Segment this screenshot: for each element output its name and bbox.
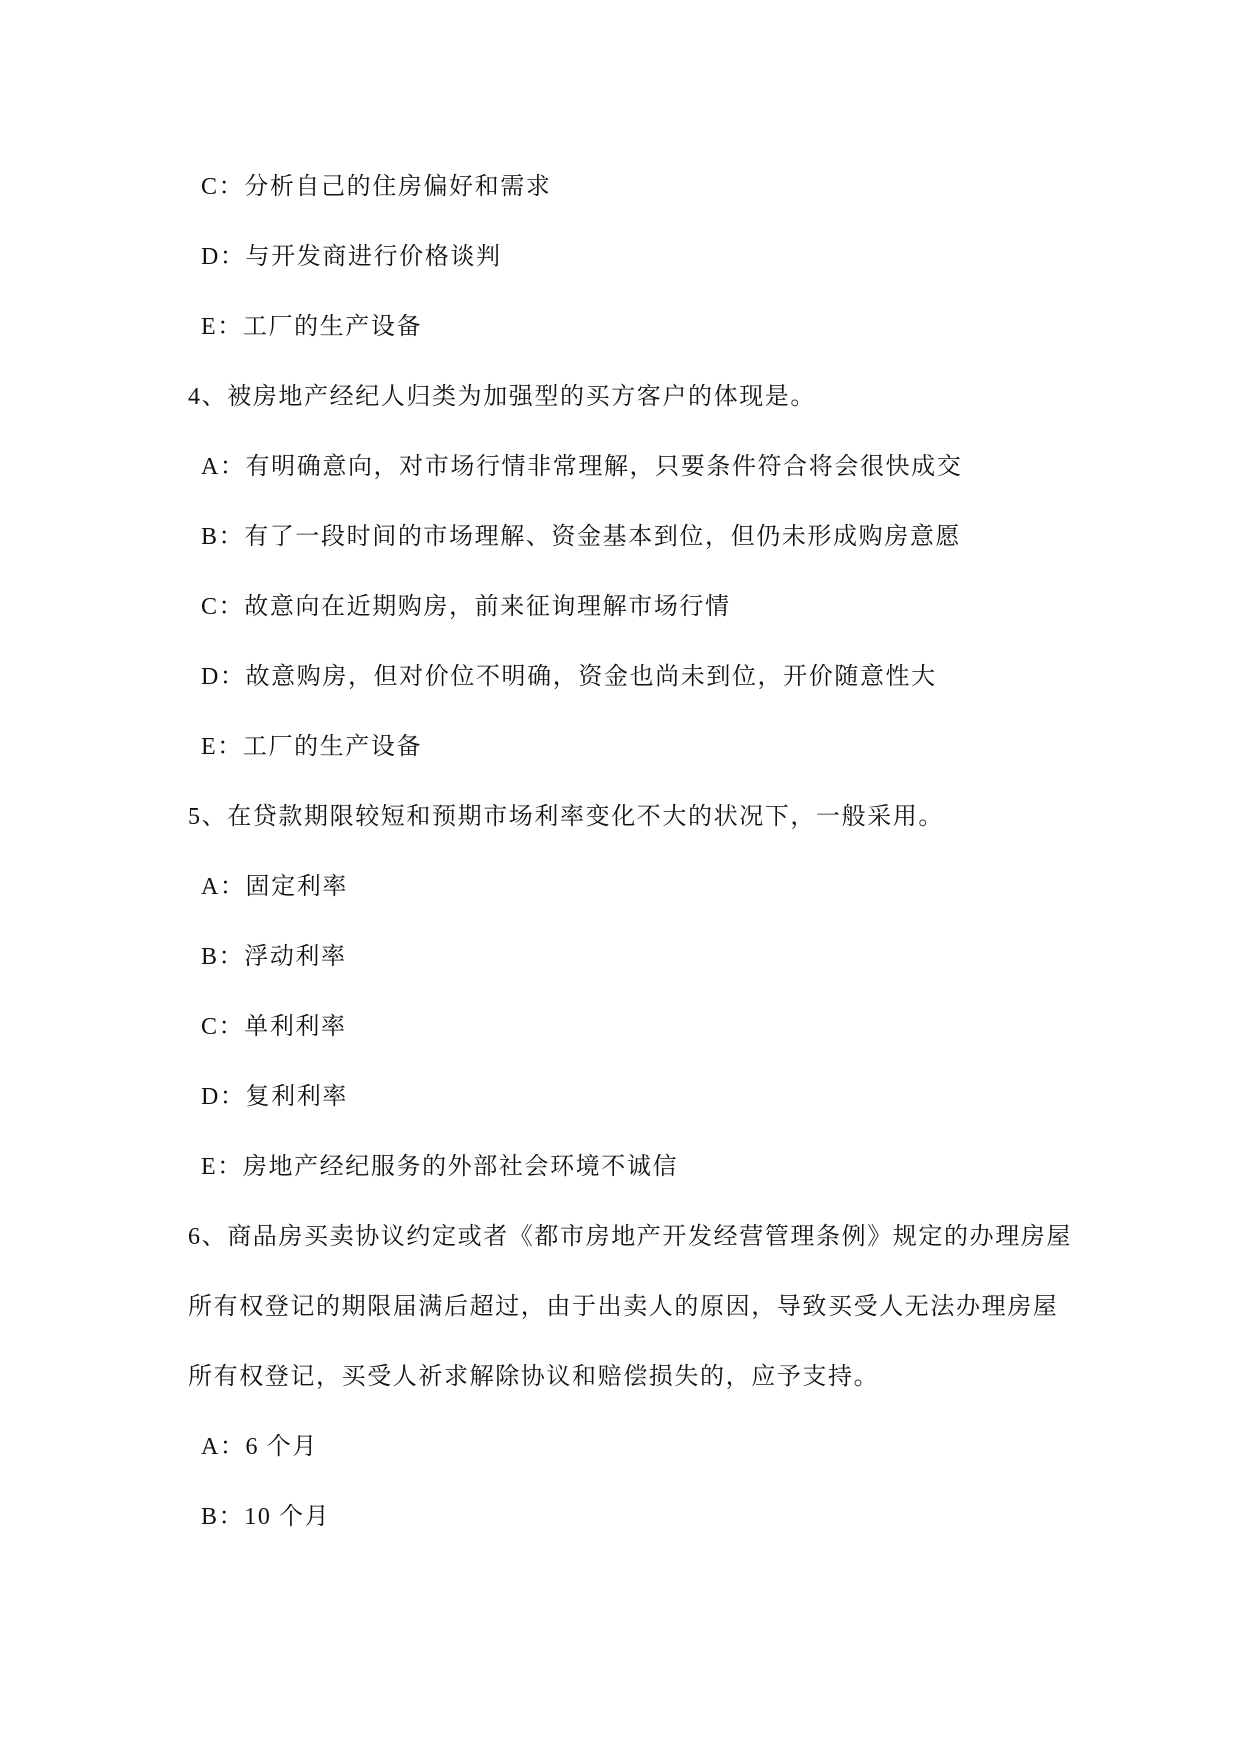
option-text: 工厂的生产设备 <box>243 314 422 340</box>
option-text: 单利利率 <box>244 1014 346 1040</box>
question-number: 4、 <box>188 384 227 410</box>
option-letter: C： <box>201 572 244 642</box>
question-text: 在贷款期限较短和预期市场利率变化不大的状况下，一般采用。 <box>227 804 944 830</box>
option-d: D：复利利率 <box>188 1062 1068 1132</box>
option-letter: E： <box>201 292 243 362</box>
option-a: A：6 个月 <box>188 1412 1068 1482</box>
option-letter: B： <box>201 502 244 572</box>
question-stem: 5、在贷款期限较短和预期市场利率变化不大的状况下，一般采用。 <box>188 782 1068 852</box>
option-text: 故意向在近期购房，前来征询理解市场行情 <box>244 594 730 620</box>
option-text: 固定利率 <box>246 874 348 900</box>
option-text: 6 个月 <box>246 1434 318 1460</box>
document-page: C：分析自己的住房偏好和需求 D：与开发商进行价格谈判 E：工厂的生产设备 4、… <box>0 0 1240 1753</box>
option-a: A：固定利率 <box>188 852 1068 922</box>
option-text: 分析自己的住房偏好和需求 <box>244 174 551 200</box>
option-b: B：有了一段时间的市场理解、资金基本到位，但仍未形成购房意愿 <box>188 502 1068 572</box>
option-text: 10 个月 <box>244 1504 330 1530</box>
option-text: 有了一段时间的市场理解、资金基本到位，但仍未形成购房意愿 <box>244 524 961 550</box>
option-letter: B： <box>201 922 244 992</box>
option-d: D：与开发商进行价格谈判 <box>188 222 1068 292</box>
option-e: E：工厂的生产设备 <box>188 292 1068 362</box>
option-c: C：故意向在近期购房，前来征询理解市场行情 <box>188 572 1068 642</box>
option-letter: D： <box>201 222 246 292</box>
question-6: 6、商品房买卖协议约定或者《都市房地产开发经营管理条例》规定的办理房屋 所有权登… <box>188 1202 1068 1552</box>
option-d: D：故意购房，但对价位不明确，资金也尚未到位，开价随意性大 <box>188 642 1068 712</box>
option-a: A：有明确意向，对市场行情非常理解，只要条件符合将会很快成交 <box>188 432 1068 502</box>
option-e: E：工厂的生产设备 <box>188 712 1068 782</box>
option-letter: A： <box>201 852 246 922</box>
option-letter: B： <box>201 1482 244 1552</box>
option-text: 与开发商进行价格谈判 <box>246 244 502 270</box>
question-4: 4、被房地产经纪人归类为加强型的买方客户的体现是。 A：有明确意向，对市场行情非… <box>188 362 1068 782</box>
option-b: B：10 个月 <box>188 1482 1068 1552</box>
option-text: 房地产经纪服务的外部社会环境不诚信 <box>243 1154 678 1180</box>
question-text: 被房地产经纪人归类为加强型的买方客户的体现是。 <box>227 384 816 410</box>
option-letter: E： <box>201 1132 243 1202</box>
option-text: 复利利率 <box>246 1084 348 1110</box>
option-letter: C： <box>201 152 244 222</box>
question-stem: 4、被房地产经纪人归类为加强型的买方客户的体现是。 <box>188 362 1068 432</box>
question-5: 5、在贷款期限较短和预期市场利率变化不大的状况下，一般采用。 A：固定利率 B：… <box>188 782 1068 1202</box>
question-number: 5、 <box>188 804 227 830</box>
page-content: C：分析自己的住房偏好和需求 D：与开发商进行价格谈判 E：工厂的生产设备 4、… <box>188 152 1068 1552</box>
option-letter: A： <box>201 432 246 502</box>
option-c: C：单利利率 <box>188 992 1068 1062</box>
option-text: 浮动利率 <box>244 944 346 970</box>
question-number: 6、 <box>188 1224 227 1250</box>
option-text: 有明确意向，对市场行情非常理解，只要条件符合将会很快成交 <box>246 454 963 480</box>
question-stem-line-2: 所有权登记的期限届满后超过，由于出卖人的原因，导致买受人无法办理房屋 <box>188 1272 1068 1342</box>
option-letter: D： <box>201 642 246 712</box>
option-c: C：分析自己的住房偏好和需求 <box>188 152 1068 222</box>
option-letter: A： <box>201 1412 246 1482</box>
option-letter: C： <box>201 992 244 1062</box>
question-stem-line-1: 6、商品房买卖协议约定或者《都市房地产开发经营管理条例》规定的办理房屋 <box>188 1202 1068 1272</box>
option-text: 故意购房，但对价位不明确，资金也尚未到位，开价随意性大 <box>246 664 937 690</box>
question-stem-line-3: 所有权登记，买受人祈求解除协议和赔偿损失的，应予支持。 <box>188 1342 1068 1412</box>
question-text: 所有权登记，买受人祈求解除协议和赔偿损失的，应予支持。 <box>188 1364 879 1390</box>
option-letter: D： <box>201 1062 246 1132</box>
option-letter: E： <box>201 712 243 782</box>
question-text: 商品房买卖协议约定或者《都市房地产开发经营管理条例》规定的办理房屋 <box>227 1224 1072 1250</box>
question-text: 所有权登记的期限届满后超过，由于出卖人的原因，导致买受人无法办理房屋 <box>188 1294 1058 1320</box>
option-e: E：房地产经纪服务的外部社会环境不诚信 <box>188 1132 1068 1202</box>
option-text: 工厂的生产设备 <box>243 734 422 760</box>
question-3-options-continued: C：分析自己的住房偏好和需求 D：与开发商进行价格谈判 E：工厂的生产设备 <box>188 152 1068 362</box>
option-b: B：浮动利率 <box>188 922 1068 992</box>
